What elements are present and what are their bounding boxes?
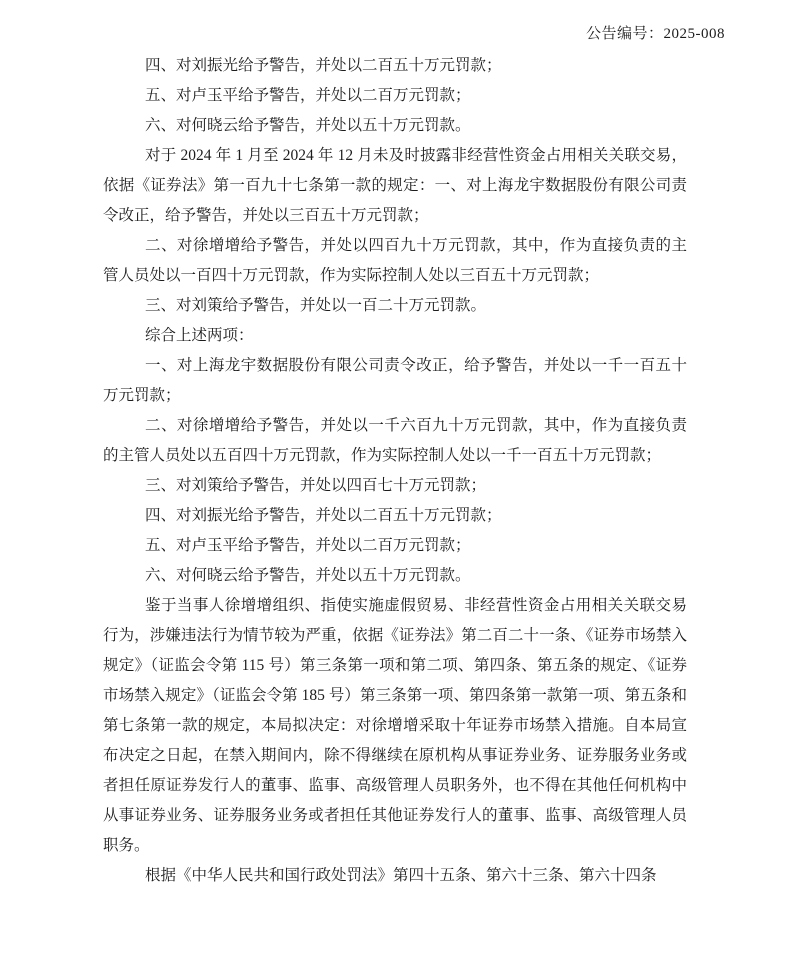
paragraph: 根据《中华人民共和国行政处罚法》第四十五条、第六十三条、第六十四条: [103, 861, 687, 891]
paragraph: 综合上述两项：: [103, 321, 687, 351]
paragraph: 六、对何晓云给予警告，并处以五十万元罚款。: [103, 111, 687, 141]
paragraph: 二、对徐增增给予警告，并处以一千六百九十万元罚款，其中，作为直接负责的主管人员处…: [103, 411, 687, 471]
paragraph: 三、对刘策给予警告，并处以四百七十万元罚款；: [103, 471, 687, 501]
paragraph: 三、对刘策给予警告，并处以一百二十万元罚款。: [103, 291, 687, 321]
paragraph: 对于 2024 年 1 月至 2024 年 12 月未及时披露非经营性资金占用相…: [103, 141, 687, 231]
paragraph: 五、对卢玉平给予警告，并处以二百万元罚款；: [103, 81, 687, 111]
announcement-number: 公告编号：2025-008: [586, 25, 725, 43]
paragraph: 四、对刘振光给予警告，并处以二百五十万元罚款；: [103, 51, 687, 81]
paragraph: 五、对卢玉平给予警告，并处以二百万元罚款；: [103, 531, 687, 561]
paragraph: 二、对徐增增给予警告，并处以四百九十万元罚款，其中，作为直接负责的主管人员处以一…: [103, 231, 687, 291]
document-body: 四、对刘振光给予警告，并处以二百五十万元罚款； 五、对卢玉平给予警告，并处以二百…: [103, 51, 687, 891]
paragraph: 四、对刘振光给予警告，并处以二百五十万元罚款；: [103, 501, 687, 531]
paragraph: 六、对何晓云给予警告，并处以五十万元罚款。: [103, 561, 687, 591]
document-page: 公告编号：2025-008 四、对刘振光给予警告，并处以二百五十万元罚款； 五、…: [0, 0, 790, 970]
paragraph: 一、对上海龙宇数据股份有限公司责令改正，给予警告，并处以一千一百五十万元罚款；: [103, 351, 687, 411]
paragraph: 鉴于当事人徐增增组织、指使实施虚假贸易、非经营性资金占用相关关联交易行为，涉嫌违…: [103, 591, 687, 861]
